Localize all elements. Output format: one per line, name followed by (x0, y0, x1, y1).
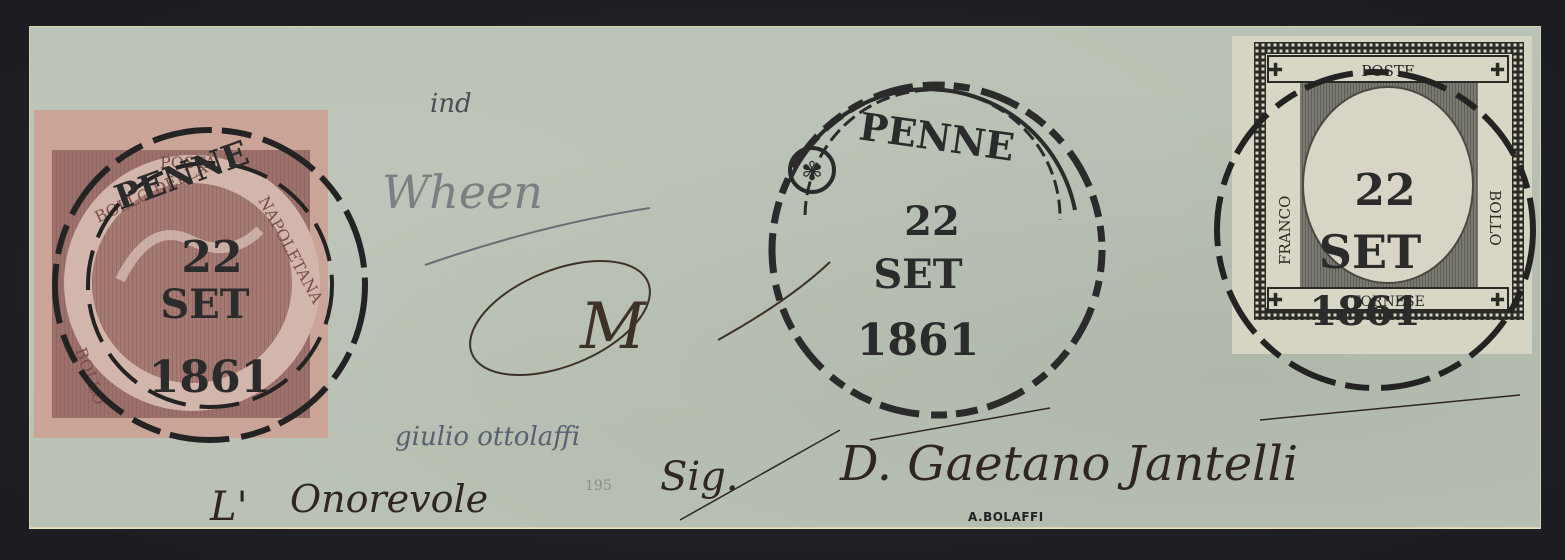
svg-text:L': L' (209, 484, 248, 530)
svg-text:M: M (579, 290, 647, 364)
svg-text:22: 22 (1354, 165, 1415, 216)
svg-text:ind: ind (430, 89, 472, 119)
svg-text:✚: ✚ (1490, 290, 1505, 311)
ink-address: L' Onorevole Sig. D. Gaetano Jantelli (209, 395, 1520, 530)
svg-text:D. Gaetano Jantelli: D. Gaetano Jantelli (839, 436, 1298, 492)
svg-text:195: 195 (585, 478, 612, 494)
svg-text:SET: SET (873, 251, 962, 298)
svg-text:22: 22 (904, 198, 960, 245)
svg-text:1861: 1861 (857, 315, 979, 366)
svg-text:Wheen: Wheen (382, 165, 543, 219)
svg-text:22: 22 (181, 232, 242, 283)
svg-text:✚: ✚ (1490, 60, 1505, 81)
svg-text:BOLLO: BOLLO (1486, 190, 1504, 246)
flower-icon: ✾ (801, 157, 823, 187)
svg-text:SET: SET (160, 281, 249, 328)
svg-text:✚: ✚ (1268, 290, 1283, 311)
svg-text:1861: 1861 (149, 352, 271, 403)
scene-drawing: BOLLO DELLA POSTA NAPOLETANA BOLLO 22 SE… (0, 0, 1565, 560)
svg-text:giulio ottolaffi: giulio ottolaffi (395, 422, 580, 452)
svg-text:SET: SET (1319, 225, 1422, 279)
svg-text:PENNE: PENNE (857, 103, 1018, 169)
svg-text:1861: 1861 (1309, 288, 1420, 335)
dealer-expertizing-mark: A.BOLAFFI (968, 510, 1044, 524)
svg-text:✚: ✚ (1268, 60, 1283, 81)
svg-text:Onorevole: Onorevole (290, 477, 488, 521)
svg-text:FRANCO: FRANCO (1276, 196, 1294, 265)
postmark-penne-center: ✾ PENNE 22 SET 1861 (772, 85, 1102, 415)
